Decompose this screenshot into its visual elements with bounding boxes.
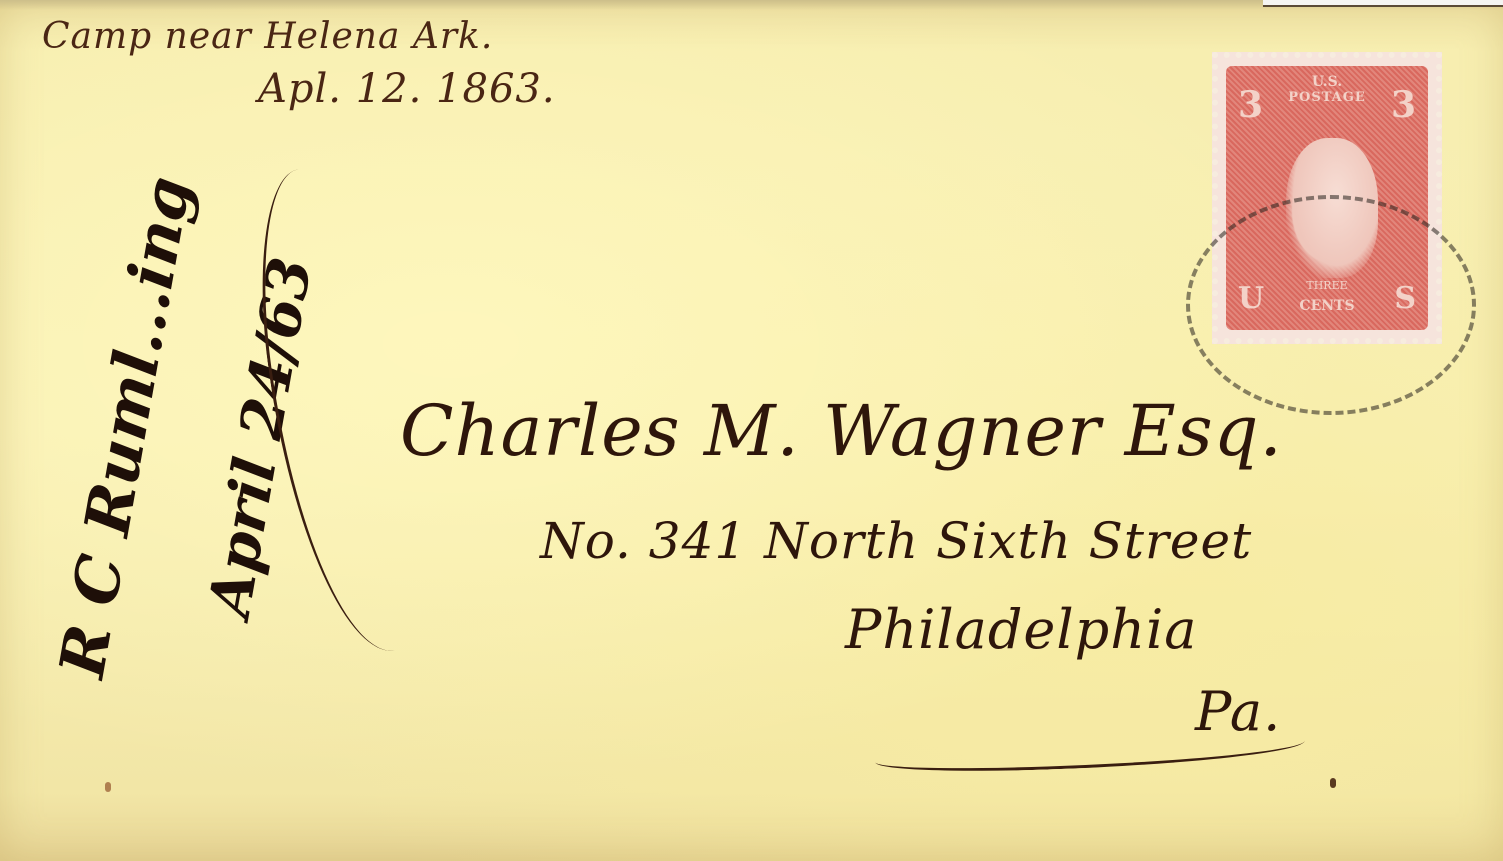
ink-spot <box>1330 778 1336 788</box>
envelope: Camp near Helena Ark. Apl. 12. 1863. R C… <box>0 0 1503 861</box>
return-note-date: Apl. 12. 1863. <box>258 66 556 112</box>
address-city: Philadelphia <box>845 598 1197 661</box>
stamp-denomination-right: 3 <box>1391 84 1416 126</box>
address-underline-flourish <box>875 728 1306 776</box>
postmark-cancel-ring <box>1186 195 1476 415</box>
return-note-origin: Camp near Helena Ark. <box>42 16 493 57</box>
address-street: No. 341 North Sixth Street <box>540 512 1252 570</box>
stamp-denomination-left: 3 <box>1238 84 1263 126</box>
address-recipient-name: Charles M. Wagner Esq. <box>400 390 1283 472</box>
docket-name: R C Ruml...ing <box>45 171 205 683</box>
paper-stain <box>105 782 111 792</box>
envelope-flap-edge <box>1263 0 1503 7</box>
